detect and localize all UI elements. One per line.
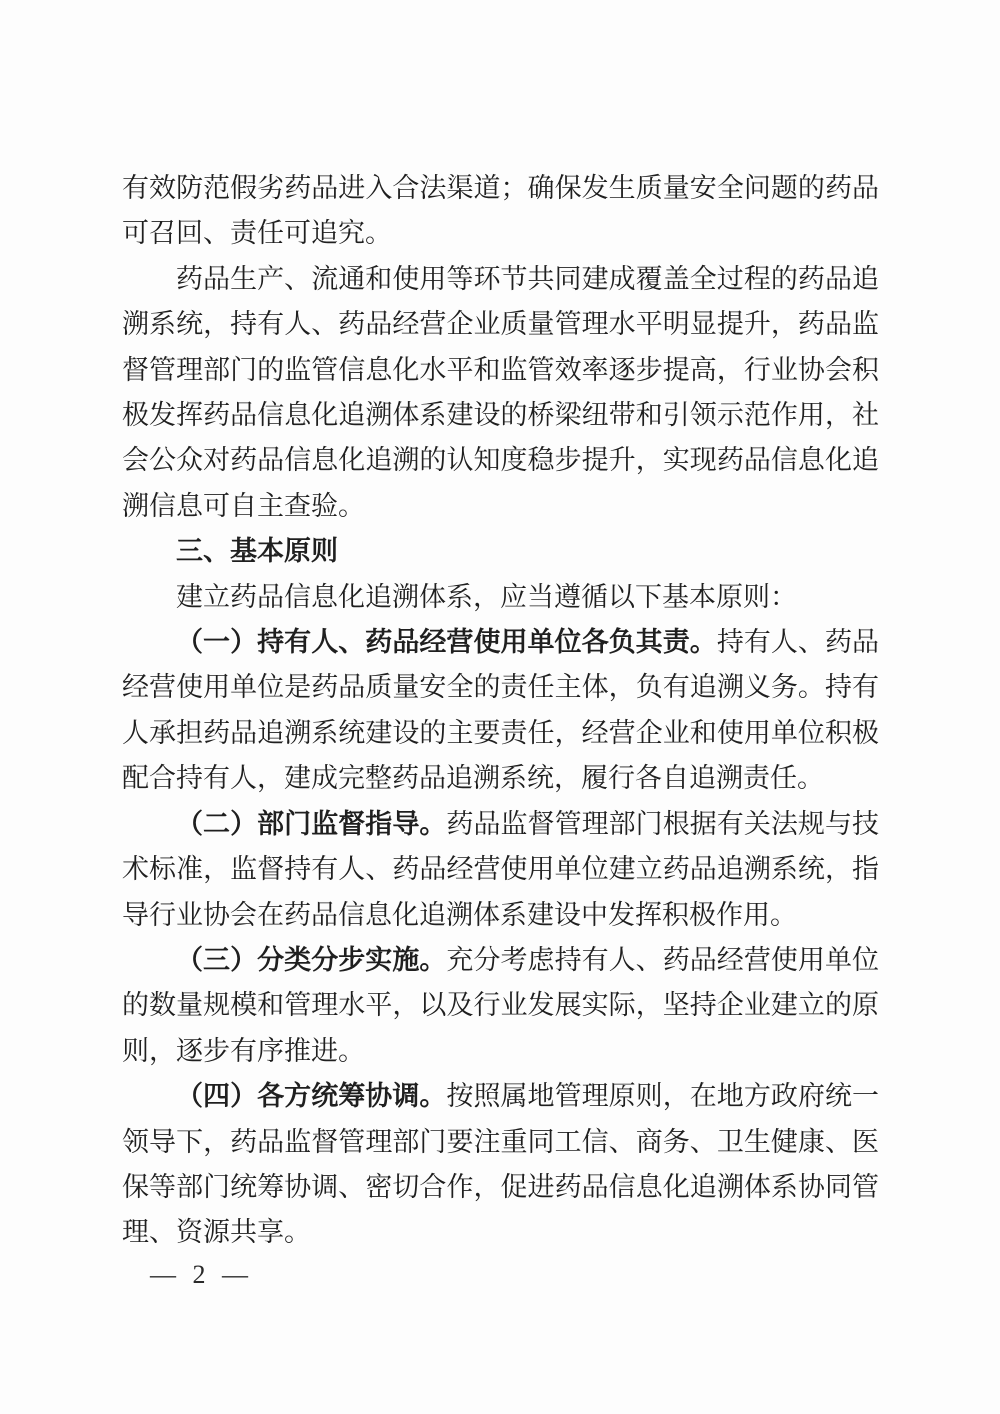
paragraph: 药品生产、流通和使用等环节共同建成覆盖全过程的药品追溯系统，持有人、药品经营企业… xyxy=(122,257,879,529)
paragraph: （四）各方统筹协调。按照属地管理原则，在地方政府统一领导下，药品监督管理部门要注… xyxy=(122,1074,879,1256)
paragraph: （三）分类分步实施。充分考虑持有人、药品经营使用单位的数量规模和管理水平，以及行… xyxy=(122,938,879,1074)
document-body: 有效防范假劣药品进入合法渠道；确保发生质量安全问题的药品可召回、责任可追究。药品… xyxy=(122,166,879,1256)
paragraph: 有效防范假劣药品进入合法渠道；确保发生质量安全问题的药品可召回、责任可追究。 xyxy=(122,166,879,257)
paragraph-lead: （一）持有人、药品经营使用单位各负其责。 xyxy=(176,627,717,657)
paragraph-lead: （三）分类分步实施。 xyxy=(176,945,446,975)
page-number: — 2 — xyxy=(150,1258,253,1292)
document-page: 有效防范假劣药品进入合法渠道；确保发生质量安全问题的药品可召回、责任可追究。药品… xyxy=(0,0,1000,1414)
paragraph: （二）部门监督指导。药品监督管理部门根据有关法规与技术标准，监督持有人、药品经营… xyxy=(122,802,879,938)
section-heading: 三、基本原则 xyxy=(122,529,879,574)
paragraph: 建立药品信息化追溯体系，应当遵循以下基本原则： xyxy=(122,575,879,620)
paragraph-lead: （四）各方统筹协调。 xyxy=(176,1081,446,1111)
paragraph-lead: （二）部门监督指导。 xyxy=(176,809,446,839)
paragraph: （一）持有人、药品经营使用单位各负其责。持有人、药品经营使用单位是药品质量安全的… xyxy=(122,620,879,802)
